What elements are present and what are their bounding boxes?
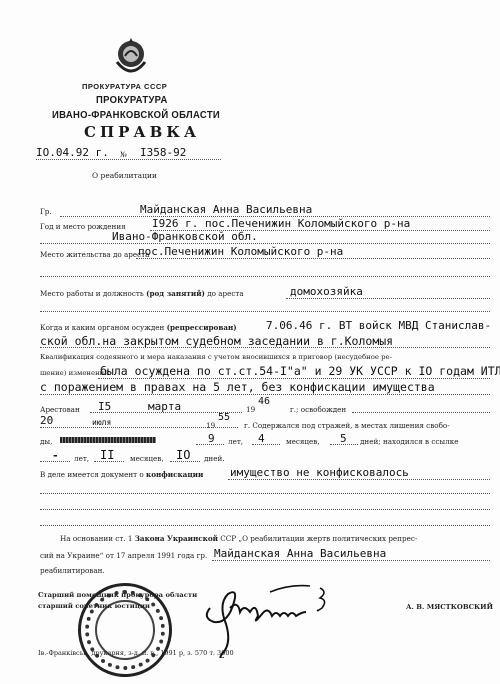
underline [94, 461, 124, 462]
underline [286, 298, 490, 299]
doc-subject: О реабилитации [92, 171, 157, 180]
org-ussr: ПРОКУРАТУРА СССР [82, 82, 167, 91]
underline [40, 243, 490, 244]
arrested-year: 46 [258, 396, 270, 407]
underline [170, 461, 200, 462]
conclusion-name: Майданская Анна Васильевна [214, 547, 386, 560]
custody-text: г. Содержался под стражей, в местах лише… [244, 421, 450, 430]
underline [40, 461, 70, 462]
days-label: дней; находился в ссылке [360, 437, 458, 446]
released-month: июля [92, 418, 111, 427]
org-line2: ИВАНО-ФРАНКОВСКОЙ ОБЛАСТИ [52, 109, 220, 121]
convicted-value-2: ской обл.на закрытом судебном заседании … [40, 334, 393, 348]
residence-value: пос.Печенижин Коломыйского р-на [138, 245, 343, 258]
ussr-coat-of-arms-icon [108, 36, 154, 76]
underline [252, 444, 280, 445]
underline [136, 258, 490, 259]
underline [196, 444, 224, 445]
exile-months-label: месяцев, [130, 454, 164, 463]
underline [212, 560, 490, 561]
underline [40, 493, 490, 494]
work-value: домохозяйка [290, 285, 363, 298]
org-line1: ПРОКУРАТУРА [96, 94, 168, 106]
residence-label: Место жительства до ареста [40, 250, 149, 259]
birth-value-1: I926 г. пос.Печенижин Коломыйского р-на [152, 217, 410, 230]
doc-date: IO.04.92 г. [36, 146, 109, 159]
released-label: г.; освобожден [290, 405, 346, 414]
redacted-text [60, 437, 156, 443]
underline [40, 509, 490, 510]
exile-days: IO [176, 448, 190, 462]
qualification-label-2: шение) изменений [40, 369, 109, 377]
number-label: № [120, 150, 127, 159]
months-label: месяцев, [286, 437, 320, 446]
citizen-name: Майданская Анна Васильевна [140, 203, 312, 216]
arrested-label: Арестован [40, 405, 80, 414]
custody-text-2: ды, [40, 437, 52, 446]
exile-days-label: дней. [204, 454, 225, 463]
underline [40, 276, 490, 277]
released-year-prefix: 19 [206, 421, 215, 430]
conclusion-line-2: сий на Украине“ от 17 апреля 1991 года г… [40, 551, 207, 560]
underline [352, 412, 490, 413]
qualification-value-1: была осуждена по ст.ст.54-I"а" и 29 УК У… [100, 364, 500, 378]
date-underline [36, 159, 221, 160]
underline [40, 394, 490, 395]
signer-title-1: Старший помощник прокурора области [38, 591, 197, 599]
qualification-label: Квалификация содеянного и мера наказания… [40, 353, 392, 361]
birth-value-2: Ивано-Франковской обл. [112, 230, 258, 243]
signer-name: А. В. МЯСТКОВСКИЙ [406, 603, 493, 611]
years-label: лет, [228, 437, 243, 446]
underline [40, 525, 490, 526]
underline [228, 479, 490, 480]
work-label: Место работы и должность (род занятий) д… [40, 289, 244, 298]
confiscation-label: В деле имеется документ о конфискации [40, 470, 203, 479]
underline [40, 347, 490, 348]
doc-title: СПРАВКА [84, 123, 200, 141]
convicted-value-1: 7.06.46 г. ВТ войск МВД Станислав- [266, 319, 491, 332]
signer-title-2: старший советник юстиции [38, 602, 150, 610]
arrested-year-prefix: 19 [246, 405, 255, 414]
conclusion-line-1: На основании ст. 1 Закона Украинской ССР… [60, 534, 417, 543]
released-day: 20 [40, 414, 53, 427]
handwritten-signature-icon [200, 578, 340, 658]
underline [40, 311, 490, 312]
printer-info: Ів.-Франківськ, друкарня, з-д. п. в., 19… [38, 649, 234, 657]
exile-months: II [100, 448, 114, 462]
citizen-label: Гр. [40, 207, 52, 216]
underline [98, 378, 490, 379]
released-year: 55 [218, 412, 230, 423]
qualification-value-2: с поражением в правах на 5 лет, без конф… [40, 380, 435, 394]
convicted-label: Когда и каким органом осужден (репрессир… [40, 323, 237, 332]
underline [330, 444, 358, 445]
conclusion-line-3: реабилитирован. [40, 566, 105, 575]
doc-number: I358-92 [140, 146, 186, 159]
confiscation-value: имущество не конфисковалось [230, 466, 409, 479]
document-page: ПРОКУРАТУРА СССР ПРОКУРАТУРА ИВАНО-ФРАНК… [0, 0, 500, 684]
exile-years-label: лет, [74, 454, 89, 463]
